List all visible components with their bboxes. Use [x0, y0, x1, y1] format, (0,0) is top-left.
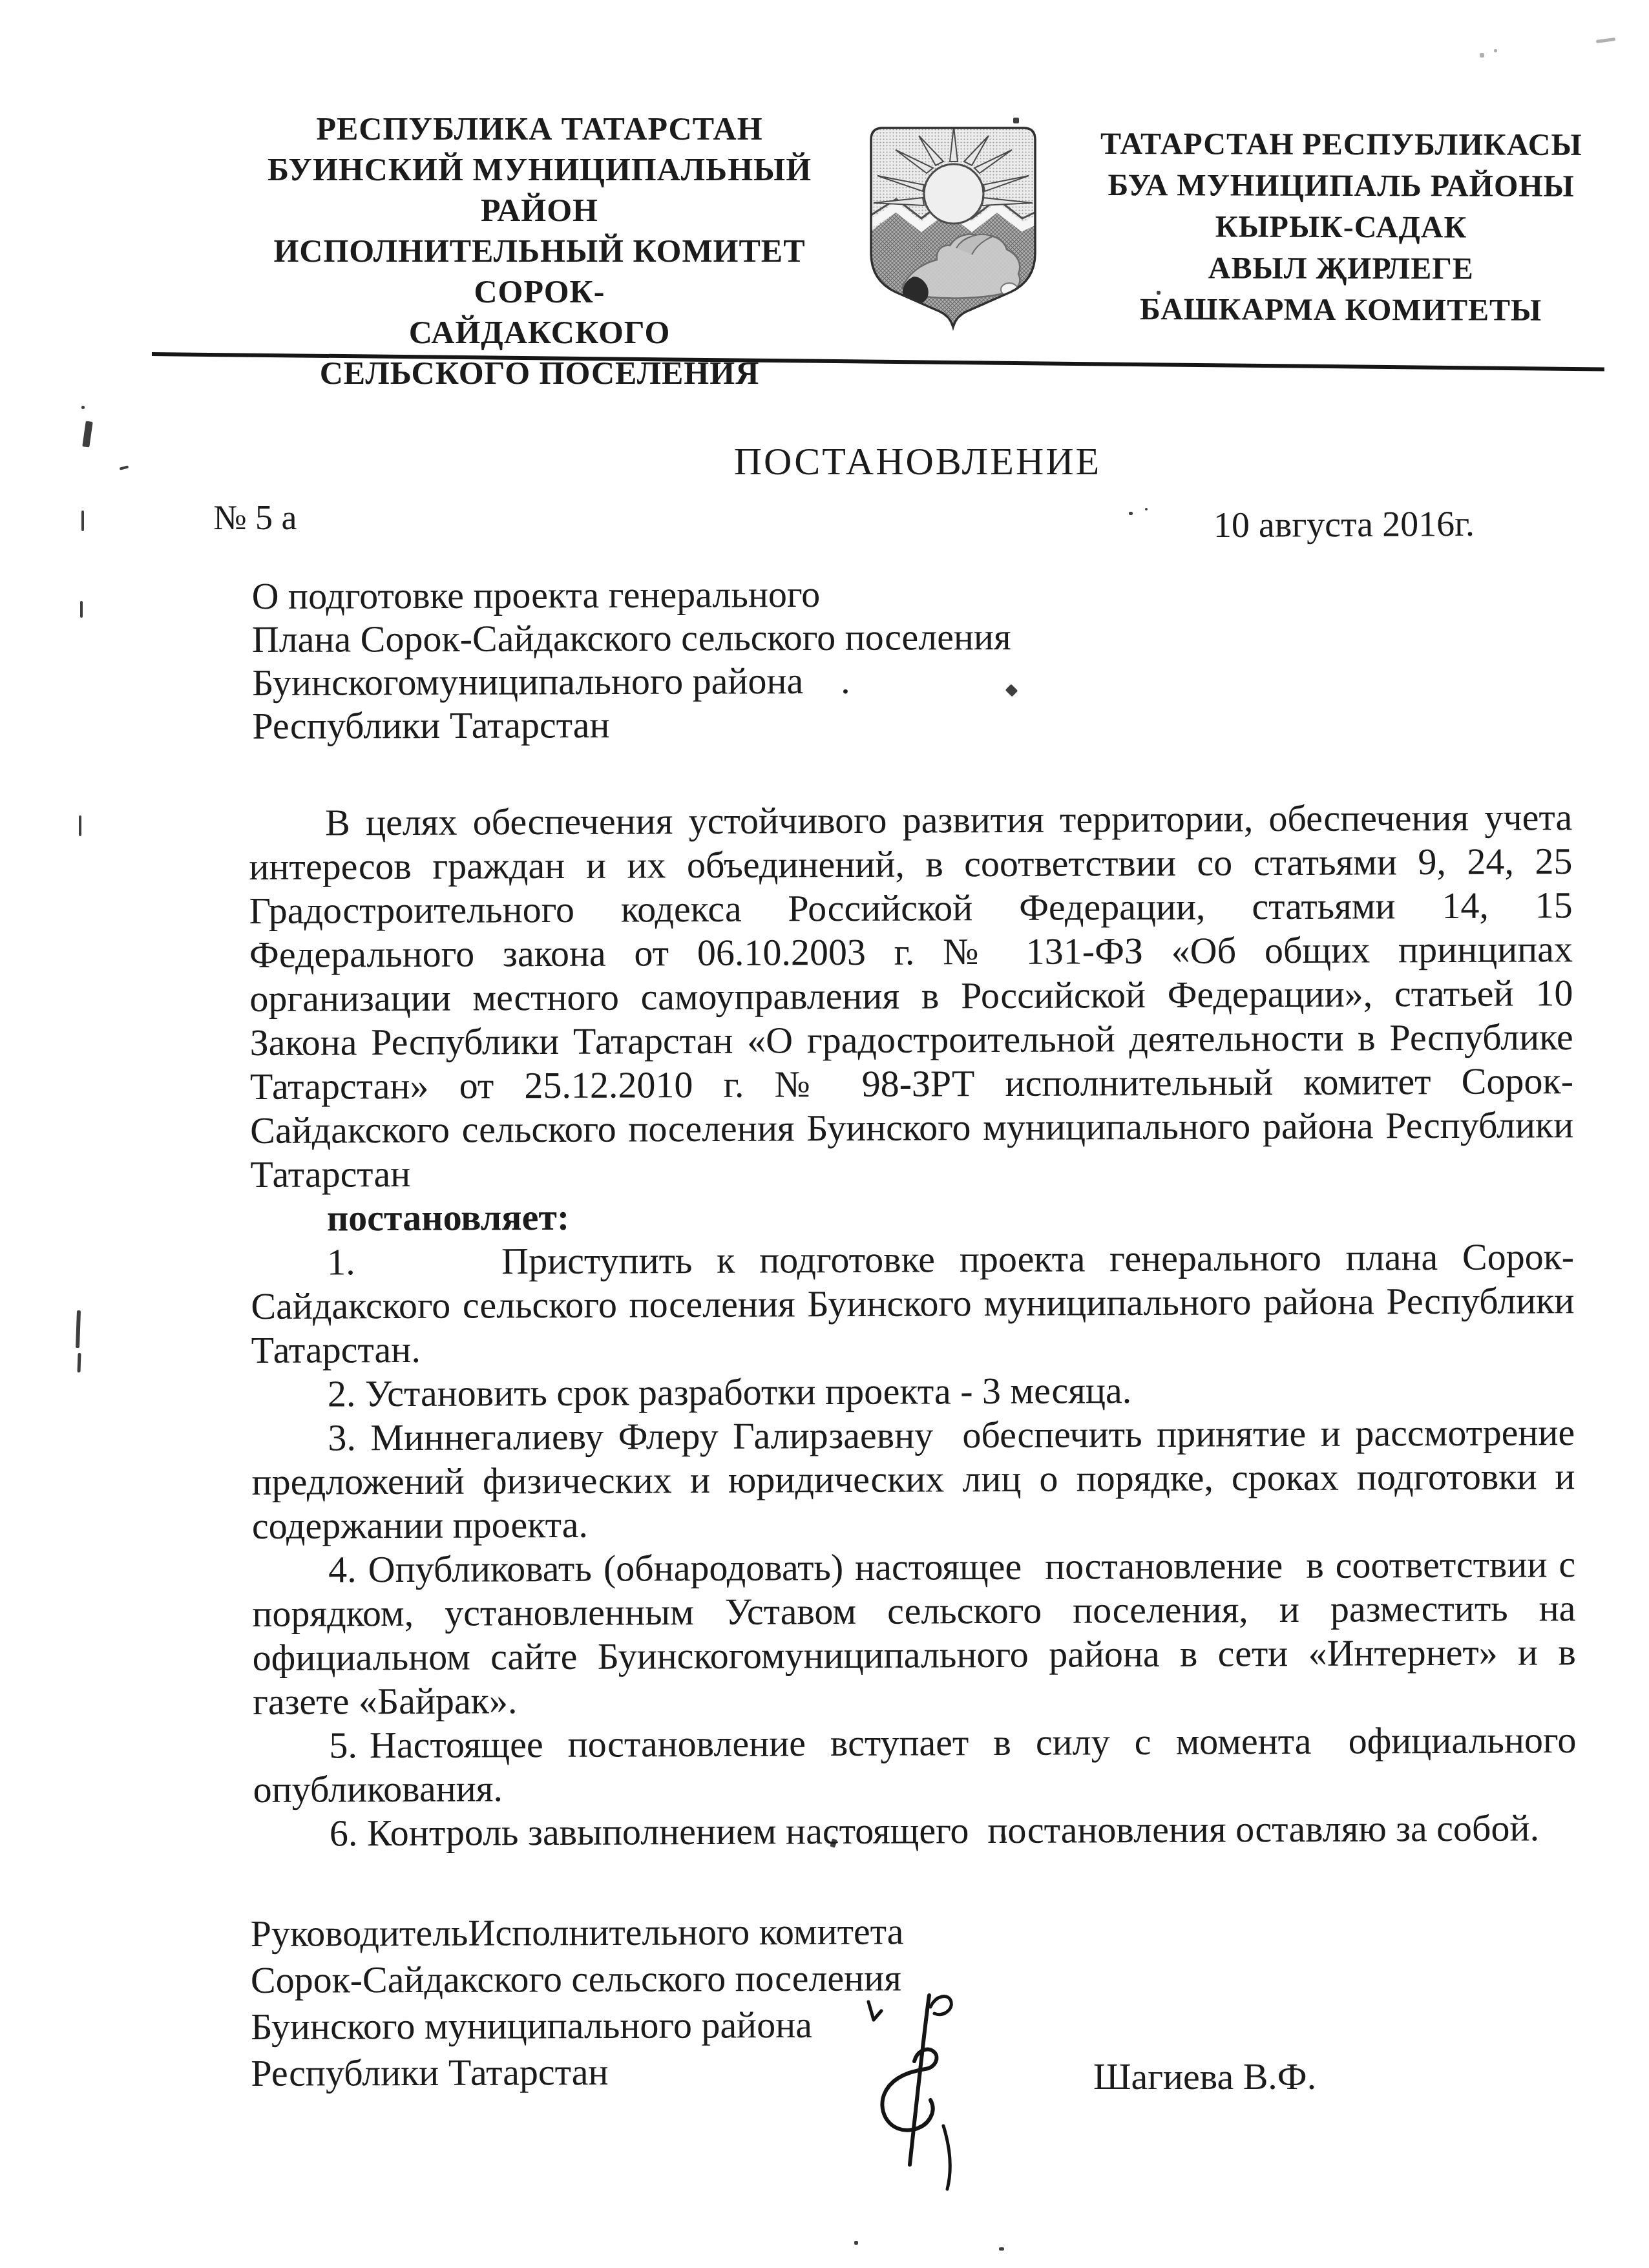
issuer-russian-line: РЕСПУБЛИКА ТАТАРСТАН — [220, 109, 859, 149]
issuer-russian-line: ИСПОЛНИТЕЛЬНЫЙ КОМИТЕТ СОРОК- — [220, 231, 859, 312]
handwritten-signature-icon — [853, 1984, 1008, 2197]
scan-artifact — [80, 601, 83, 618]
scan-artifact — [81, 406, 85, 409]
resolution-item-2: 2. Установить срок разработки проекта - … — [251, 1367, 1575, 1416]
resolves-label: постановляет: — [251, 1191, 1574, 1241]
resolution-item-5: 5. Настоящее постановление вступает в си… — [253, 1718, 1577, 1812]
scan-artifact — [79, 815, 81, 836]
issuer-russian-line: БУИНСКИЙ МУНИЦИПАЛЬНЫЙ РАЙОН — [220, 149, 859, 231]
signatory-title-line: РуководительИсполнительного комитета — [251, 1908, 961, 1957]
scan-artifact — [1596, 37, 1615, 43]
document-body: В целях обеспечения устойчивого развития… — [249, 795, 1577, 1856]
issuer-tatar-line: АВЫЛ ҖИРЛЕГЕ — [1091, 247, 1591, 290]
scan-artifact — [120, 465, 129, 470]
resolution-item-6: 6. Контроль завыполнением настоящего пос… — [253, 1806, 1577, 1856]
resolution-item-1: 1. Приступить к подготовке проекта генер… — [251, 1235, 1575, 1372]
scan-artifact — [1157, 291, 1161, 295]
scan-artifact — [1013, 118, 1019, 123]
issuer-tatar-line: КЫРЫК-САДАК — [1091, 206, 1591, 249]
document-number: № 5 а — [213, 498, 297, 538]
resolution-item-4: 4. Опубликовать (обнародовать) настоящее… — [252, 1542, 1576, 1724]
scan-artifact — [76, 1310, 81, 1348]
scan-artifact — [77, 1353, 81, 1372]
preamble-paragraph: В целях обеспечения устойчивого развития… — [249, 795, 1574, 1197]
coat-of-arms-icon — [859, 121, 1047, 332]
document-title: ПОСТАНОВЛЕНИЕ — [271, 439, 1564, 484]
scan-artifact — [1145, 508, 1148, 510]
scan-artifact — [1494, 49, 1497, 52]
scan-artifact — [1480, 53, 1484, 58]
resolution-item-3: 3. Миннегалиеву Флеру Галирзаевну обеспе… — [251, 1411, 1575, 1548]
scan-artifact — [999, 2247, 1004, 2251]
issuer-tatar-line: БАШКАРМА КОМИТЕТЫ — [1091, 289, 1591, 331]
issuer-russian-line: САЙДАКСКОГО — [220, 312, 859, 353]
scan-artifact — [82, 421, 92, 447]
issuer-name-russian: РЕСПУБЛИКА ТАТАРСТАН БУИНСКИЙ МУНИЦИПАЛЬ… — [220, 109, 859, 394]
subject-line: Плана Сорок-Сайдакского сельского поселе… — [252, 614, 1350, 661]
document-date: 10 августа 2016г. — [1213, 503, 1475, 546]
issuer-tatar-line: ТАТАРСТАН РЕСПУБЛИКАСЫ — [1091, 123, 1591, 166]
scan-artifact — [854, 2241, 858, 2245]
issuer-name-tatar: ТАТАРСТАН РЕСПУБЛИКАСЫ БУА МУНИЦИПАЛЬ РА… — [1091, 123, 1592, 331]
subject-line: О подготовке проекта генерального — [252, 571, 1350, 618]
document-subject: О подготовке проекта генерального Плана … — [252, 571, 1351, 748]
scan-artifact — [1129, 512, 1133, 515]
subject-line: Республики Татарстан — [252, 700, 1350, 748]
subject-line: Буинскогомуниципального района . — [252, 657, 1350, 704]
document-page: РЕСПУБЛИКА ТАТАРСТАН БУИНСКИЙ МУНИЦИПАЛЬ… — [0, 0, 1649, 2268]
signatory-name: Шагиева В.Ф. — [1093, 2055, 1316, 2098]
issuer-tatar-line: БУА МУНИЦИПАЛЬ РАЙОНЫ — [1091, 165, 1591, 207]
scan-artifact — [81, 510, 84, 531]
